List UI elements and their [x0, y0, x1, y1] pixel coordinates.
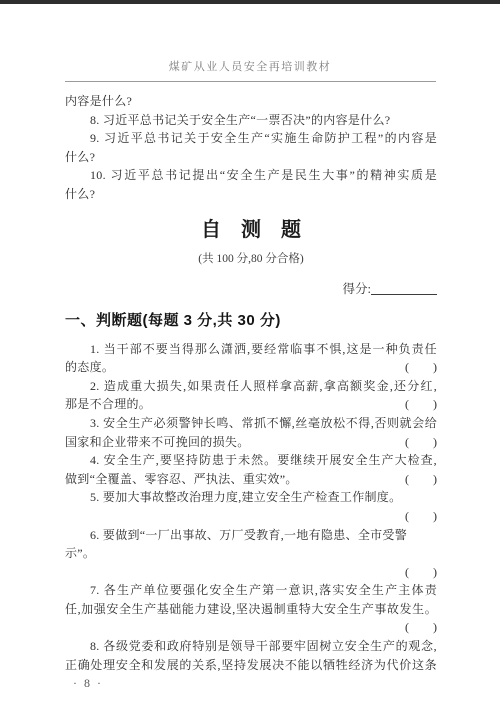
scanned-book-page: 煤矿从业人员安全再培训教材 内容是什么?8. 习近平总书记关于安全生产“一票否决…	[0, 0, 500, 716]
answer-bracket: ( )	[405, 618, 437, 637]
intro-block: 内容是什么?8. 习近平总书记关于安全生产“一票否决”的内容是什么?9. 习近平…	[65, 92, 437, 204]
text-line: 什么?	[65, 185, 437, 204]
text-line: 5. 要加大事故整改治理力度,建立安全生产检查工作制度。	[65, 488, 437, 507]
answer-bracket: ( )	[405, 507, 437, 526]
text-line: 的态度。( )	[65, 358, 437, 377]
text-line: 4. 安全生产,要坚持防患于未然。要继续开展安全生产大检查,	[65, 451, 437, 470]
quiz-title: 自 测 题	[65, 213, 437, 242]
questions-block: 1. 当干部不要当得那么潇洒,要经常临事不惧,这是一种负责任的态度。( )2. …	[65, 340, 437, 675]
text-line: 任,加强安全生产基础能力建设,坚决遏制重特大安全生产事故发生。	[65, 600, 437, 619]
score-line: 得分:	[65, 279, 437, 297]
text-line: 3. 安全生产必须警钟长鸣、常抓不懈,丝毫放松不得,否则就会给	[65, 414, 437, 433]
text-line: ( )	[65, 618, 437, 637]
text-line: ( )	[65, 563, 437, 582]
line-text: 的态度。	[65, 358, 114, 377]
line-text: 国家和企业带来不可挽回的损失。	[65, 433, 250, 452]
text-line: 那是不合理的。( )	[65, 395, 437, 414]
answer-bracket: ( )	[405, 395, 437, 414]
header-rule	[65, 81, 436, 82]
text-line: 1. 当干部不要当得那么潇洒,要经常临事不惧,这是一种负责任	[65, 340, 437, 359]
score-label: 得分:	[343, 282, 371, 296]
page-content: 内容是什么?8. 习近平总书记关于安全生产“一票否决”的内容是什么?9. 习近平…	[65, 92, 437, 691]
score-blank-field	[371, 282, 437, 295]
text-line: 10. 习近平总书记提出“安全生产是民生大事”的精神实质是	[65, 166, 437, 185]
answer-bracket: ( )	[405, 470, 437, 489]
answer-bracket: ( )	[405, 433, 437, 452]
text-line: 9. 习近平总书记关于安全生产“实施生命防护工程”的内容是	[65, 129, 437, 148]
line-text: 做到“全覆盖、零容忍、严执法、重实效”。	[65, 470, 298, 489]
text-line: 做到“全覆盖、零容忍、严执法、重实效”。( )	[65, 470, 437, 489]
line-text: 那是不合理的。	[65, 395, 151, 414]
text-line: 国家和企业带来不可挽回的损失。( )	[65, 433, 437, 452]
text-line: 6. 要做到“一厂出事故、万厂受教育,一地有隐患、全市受警示”。	[65, 526, 437, 563]
text-line: 8. 习近平总书记关于安全生产“一票否决”的内容是什么?	[65, 111, 437, 130]
text-line: 正确处理安全和发展的关系,坚持发展决不能以牺牲经济为代价这条	[65, 656, 437, 675]
text-line: 什么?	[65, 148, 437, 167]
text-line: ( )	[65, 507, 437, 526]
answer-bracket: ( )	[405, 563, 437, 582]
running-header-title: 煤矿从业人员安全再培训教材	[64, 58, 436, 74]
text-line: 2. 造成重大损失,如果责任人照样拿高薪,拿高额奖金,还分红,	[65, 377, 437, 396]
text-line: 内容是什么?	[65, 92, 437, 111]
section-heading-true-false: 一、判断题(每题 3 分,共 30 分)	[65, 309, 437, 330]
quiz-subtitle: (共 100 分,80 分合格)	[65, 250, 437, 266]
page-number: · 8 ·	[65, 676, 437, 691]
text-line: 8. 各级党委和政府特别是领导干部要牢固树立安全生产的观念,	[65, 637, 437, 656]
text-line: 7. 各生产单位要强化安全生产第一意识,落实安全生产主体责	[65, 581, 437, 600]
answer-bracket: ( )	[405, 358, 437, 377]
scan-edge-bar	[0, 0, 500, 4]
